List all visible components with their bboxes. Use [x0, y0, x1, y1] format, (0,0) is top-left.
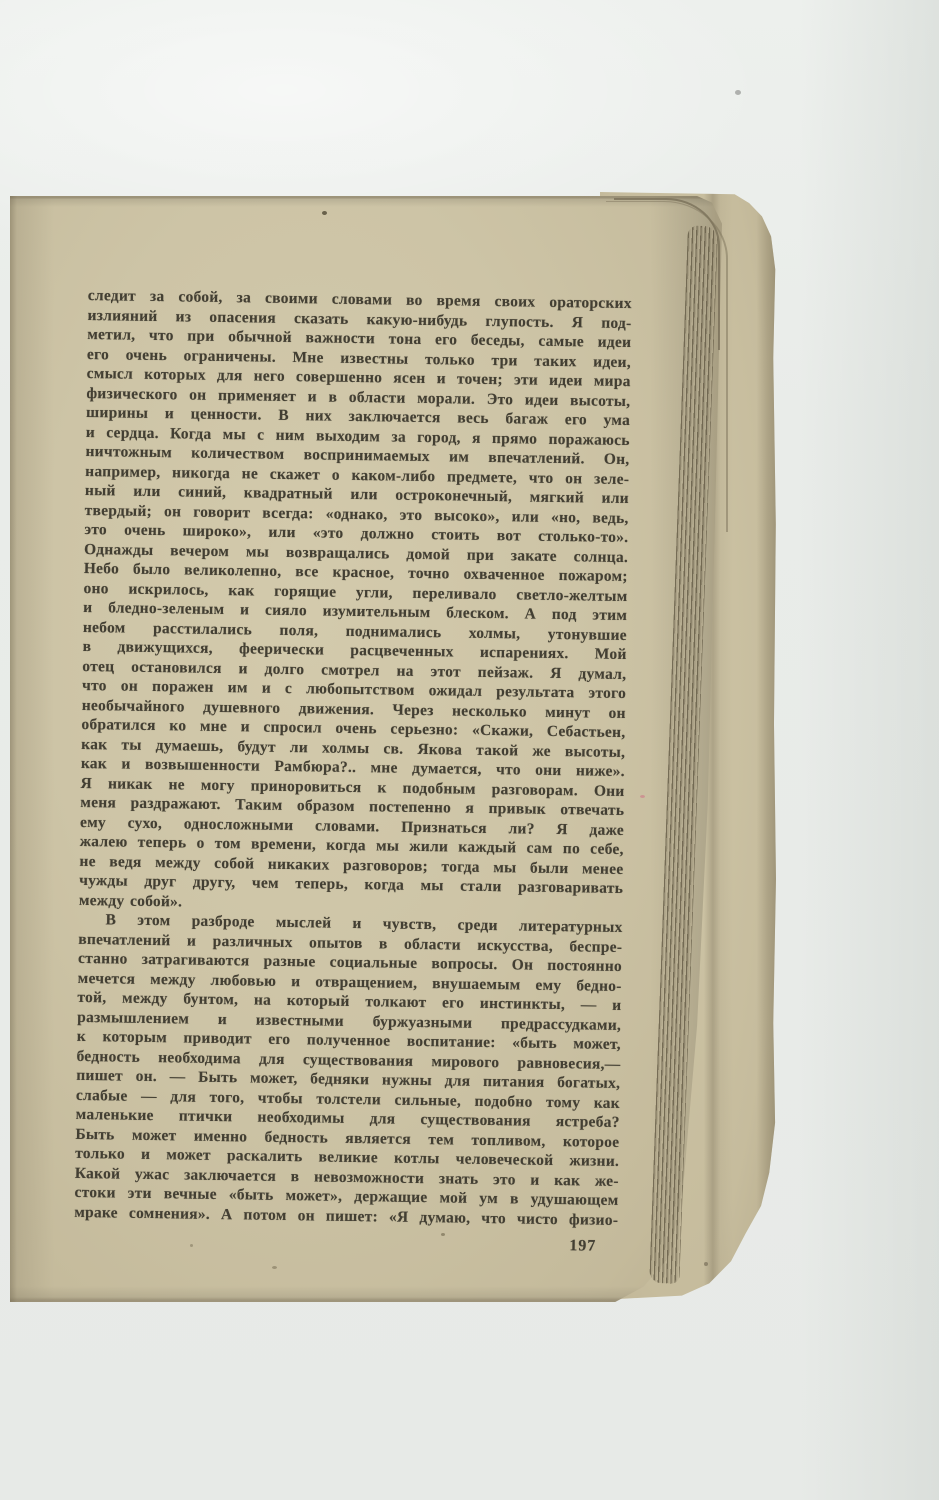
- background-speck: [735, 90, 741, 95]
- text-block: следит за собой, за своими словами во вр…: [74, 286, 632, 1230]
- paper-speck: [322, 211, 327, 215]
- page-number: 197: [552, 1237, 614, 1256]
- paper-speck: [704, 1262, 708, 1266]
- paper-speck: [190, 1244, 193, 1247]
- paper-speck: [441, 1233, 445, 1236]
- scanned-book-photo: следит за собой, за своими словами во вр…: [0, 0, 939, 1500]
- paper-speck: [272, 1266, 277, 1269]
- paper-speck: [640, 795, 645, 798]
